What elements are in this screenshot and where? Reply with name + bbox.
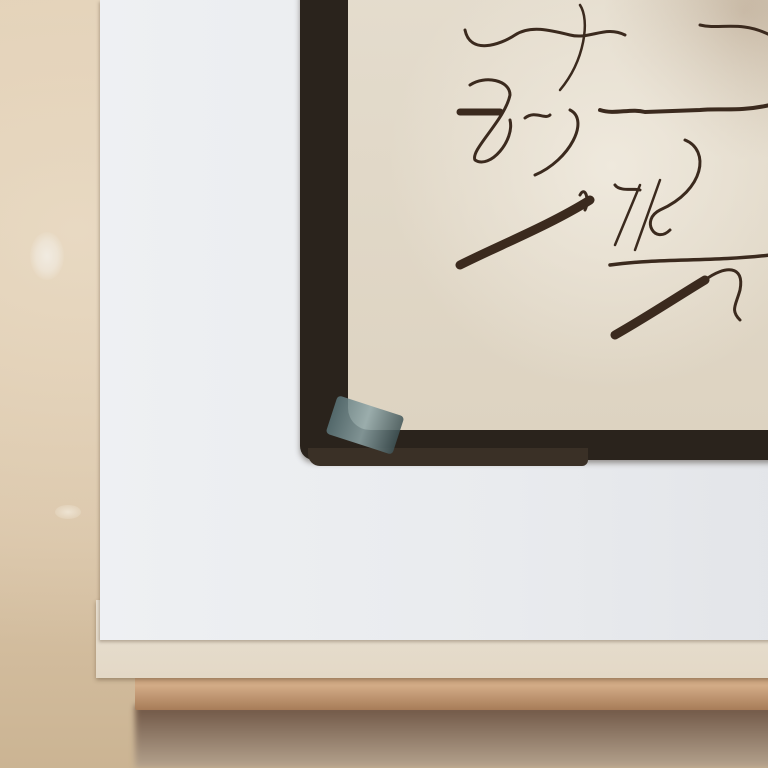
board-shadow <box>135 705 768 768</box>
handwriting-ink <box>440 0 768 360</box>
surface-stain-small <box>55 505 81 519</box>
surface-stain <box>30 232 64 280</box>
